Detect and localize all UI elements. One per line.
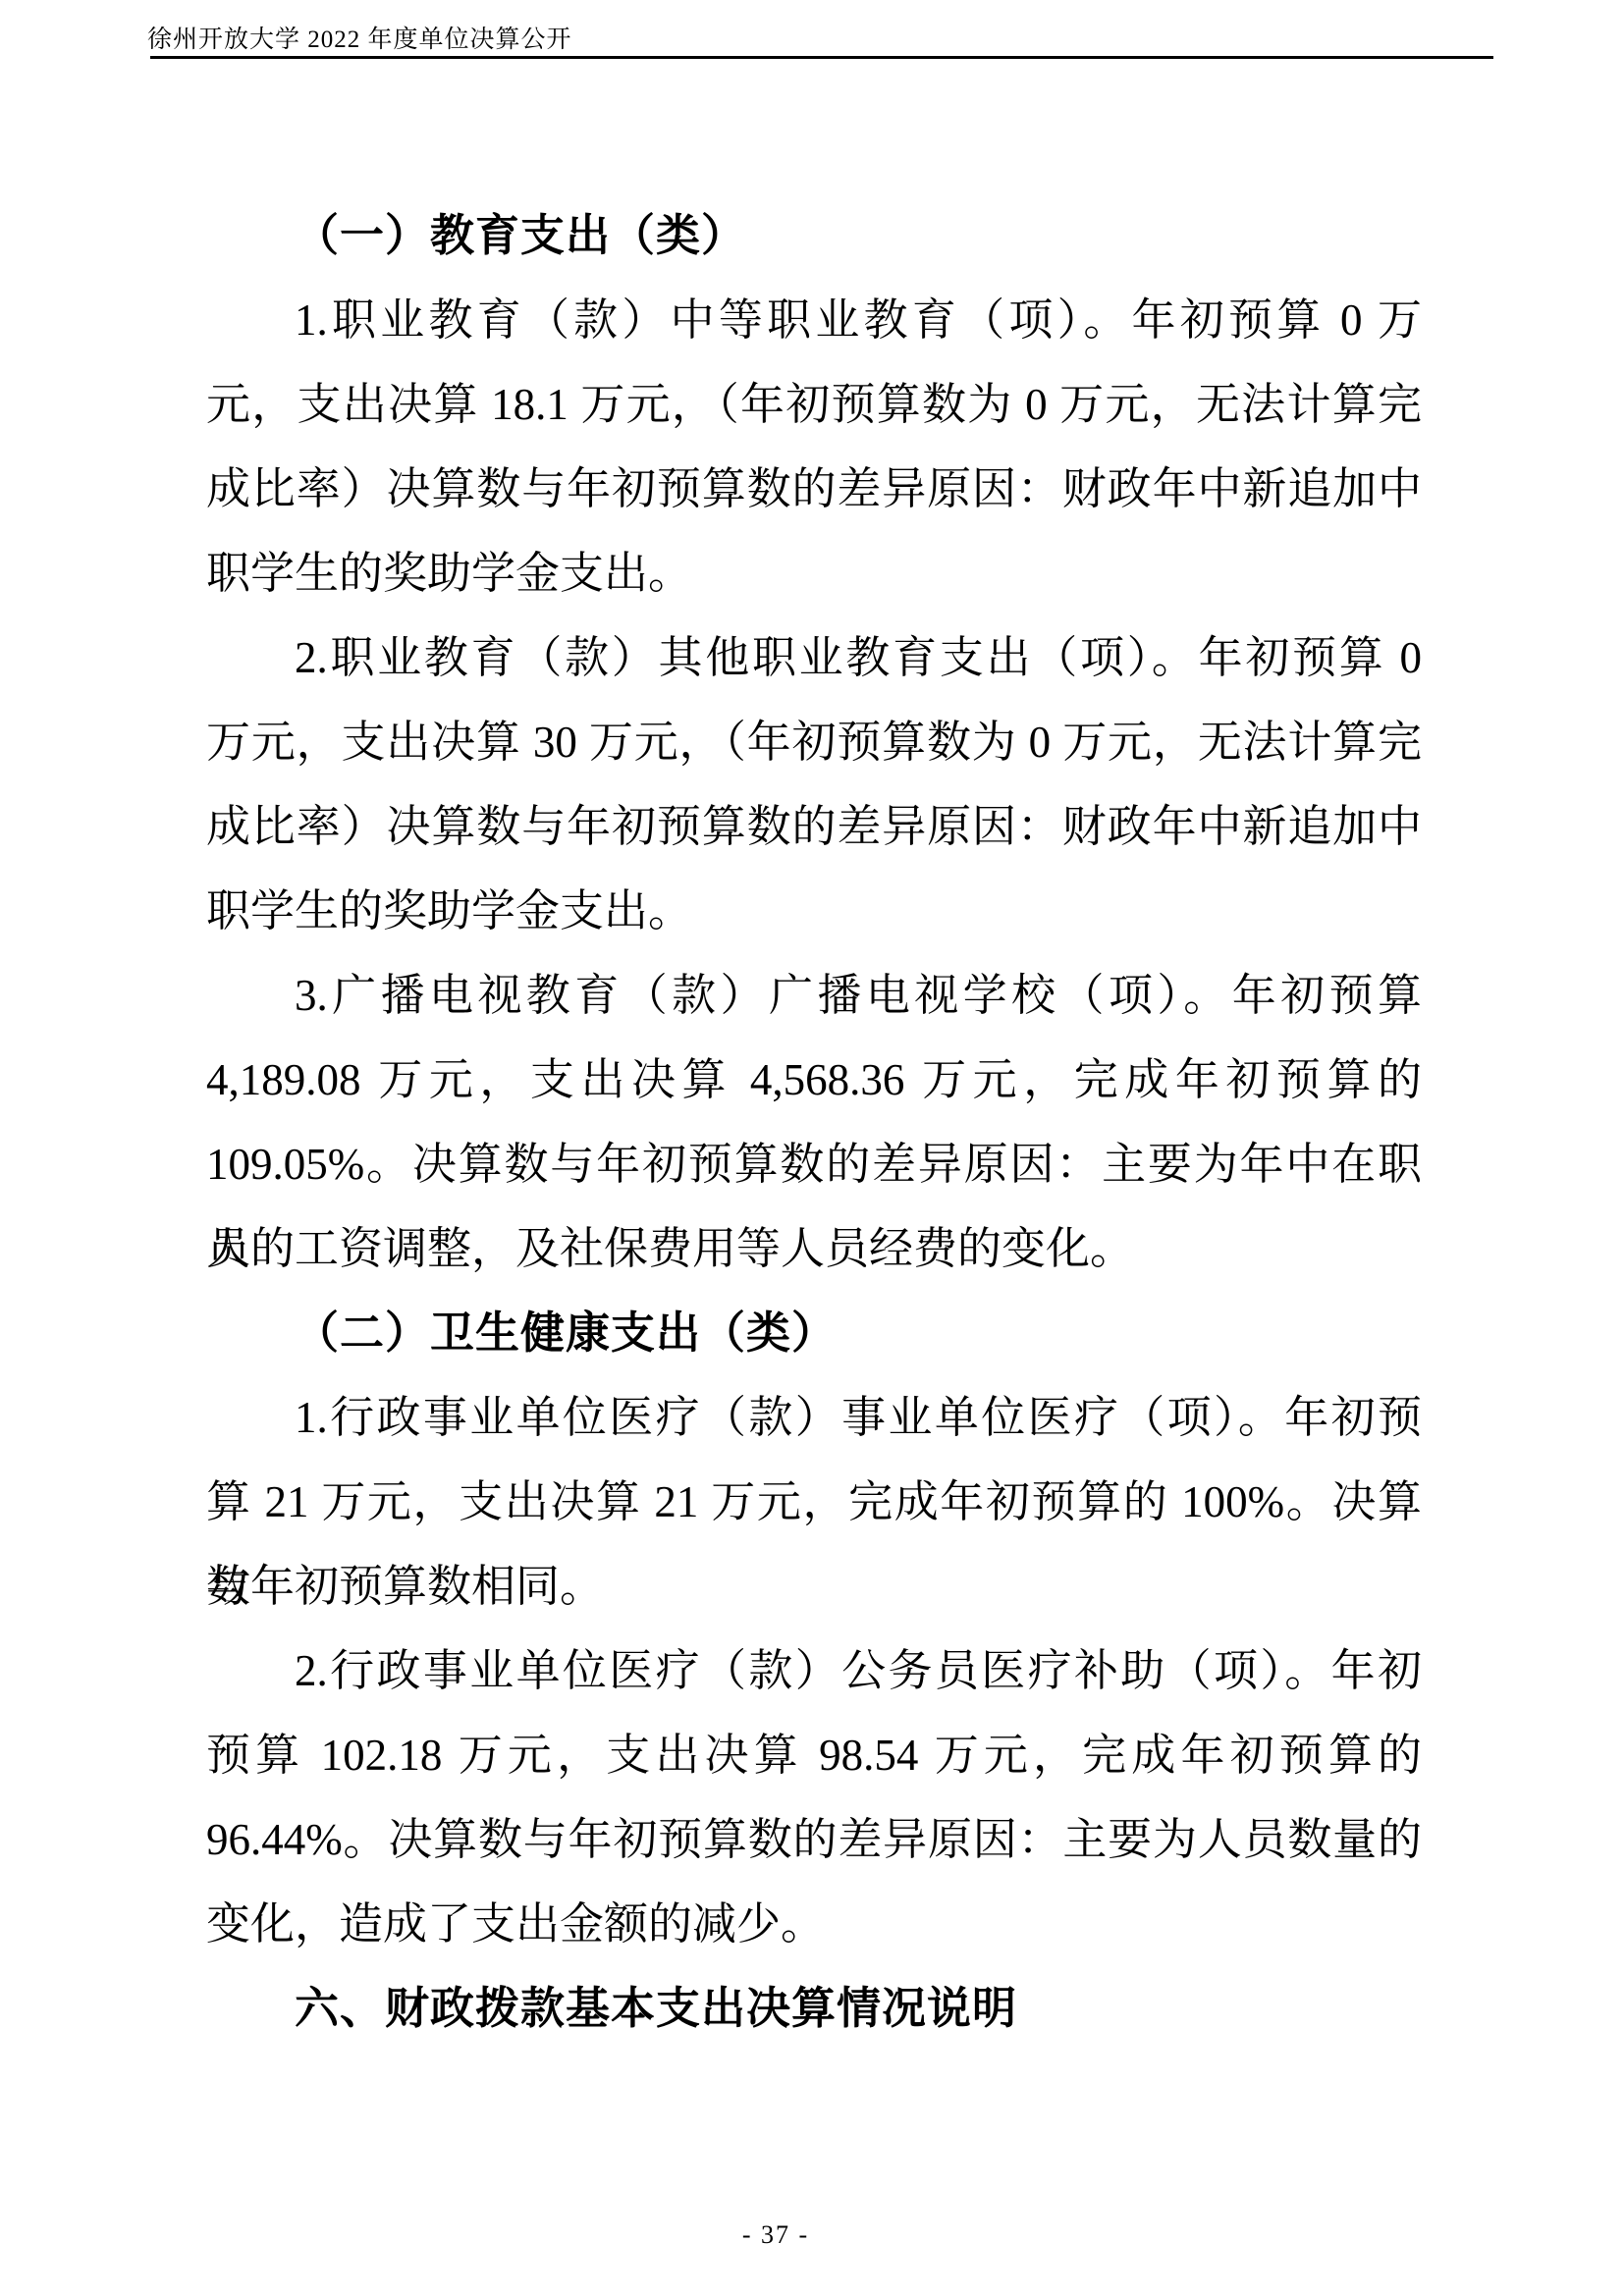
paragraph-line: 成比率）决算数与年初预算数的差异原因：财政年中新追加中	[206, 447, 1422, 531]
paragraph-line: 2.行政事业单位医疗（款）公务员医疗补助（项）。年初	[206, 1629, 1422, 1713]
paragraph-line: 1.行政事业单位医疗（款）事业单位医疗（项）。年初预	[206, 1375, 1422, 1460]
section-heading-health-expenditure: （二）卫生健康支出（类）	[206, 1291, 1422, 1375]
header-rule	[150, 56, 1493, 59]
paragraph-line: 成比率）决算数与年初预算数的差异原因：财政年中新追加中	[206, 784, 1422, 869]
paragraph-line: 职学生的奖助学金支出。	[206, 869, 1422, 953]
paragraph-line: 4,189.08 万元，支出决算 4,568.36 万元，完成年初预算的	[206, 1038, 1422, 1122]
page-header-title: 徐州开放大学 2022 年度单位决算公开	[147, 20, 572, 55]
document-page: 徐州开放大学 2022 年度单位决算公开 （一）教育支出（类） 1.职业教育（款…	[0, 0, 1624, 2296]
paragraph-line: 算 21 万元，支出决算 21 万元，完成年初预算的 100%。决算数	[206, 1460, 1422, 1544]
paragraph-line: 1.职业教育（款）中等职业教育（项）。年初预算 0 万	[206, 278, 1422, 362]
page-footer: - 37 -	[0, 2220, 1551, 2250]
paragraph-line: 元，支出决算 18.1 万元，（年初预算数为 0 万元，无法计算完	[206, 362, 1422, 447]
paragraph-line: 与年初预算数相同。	[206, 1544, 1422, 1629]
paragraph-line: 3.广播电视教育（款）广播电视学校（项）。年初预算	[206, 953, 1422, 1038]
document-body: （一）教育支出（类） 1.职业教育（款）中等职业教育（项）。年初预算 0 万 元…	[206, 193, 1422, 2051]
paragraph-line: 109.05%。决算数与年初预算数的差异原因：主要为年中在职人	[206, 1122, 1422, 1206]
paragraph-line: 职学生的奖助学金支出。	[206, 531, 1422, 615]
paragraph-line: 2.职业教育（款）其他职业教育支出（项）。年初预算 0	[206, 615, 1422, 700]
section-heading-fiscal-basic-expenditure: 六、财政拨款基本支出决算情况说明	[206, 1966, 1422, 2051]
paragraph-line: 变化，造成了支出金额的减少。	[206, 1882, 1422, 1966]
paragraph-line: 预算 102.18 万元，支出决算 98.54 万元，完成年初预算的	[206, 1713, 1422, 1797]
paragraph-line: 万元，支出决算 30 万元，（年初预算数为 0 万元，无法计算完	[206, 700, 1422, 784]
page-number: - 37 -	[742, 2220, 809, 2249]
paragraph-line: 员的工资调整，及社保费用等人员经费的变化。	[206, 1206, 1422, 1291]
section-heading-education-expenditure: （一）教育支出（类）	[206, 193, 1422, 278]
paragraph-line: 96.44%。决算数与年初预算数的差异原因：主要为人员数量的	[206, 1797, 1422, 1882]
